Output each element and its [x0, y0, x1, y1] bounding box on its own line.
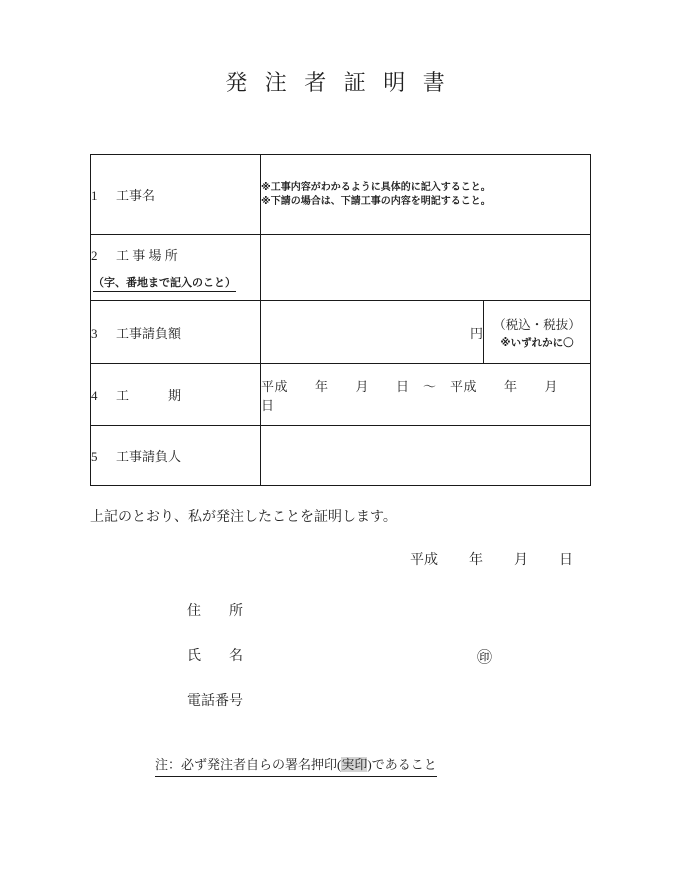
certify-statement: 上記のとおり、私が発注したことを証明します。 [90, 506, 397, 526]
row5-input-cell [261, 426, 591, 486]
table-row: 5工事請負人 [91, 426, 591, 486]
date-month-label: 月 [514, 549, 528, 569]
row3-tax-option: （税込・税抜） [484, 315, 590, 333]
row2-input-cell [261, 235, 591, 301]
row5-label-cell: 5工事請負人 [91, 426, 261, 486]
footer-note-text: 注：必ず発注者自らの署名押印(実印)であること [155, 754, 437, 777]
row2-number: 2 [91, 248, 116, 264]
row4-number: 4 [91, 388, 116, 404]
seal-stamp-icon: ㊞ [477, 646, 492, 667]
table-row: 1工事名 ※工事内容がわかるように具体的に記入すること。 ※下請の場合は、下請工… [91, 155, 591, 235]
row4-label: 工 期 [116, 388, 181, 403]
date-year-label: 年 [469, 549, 483, 569]
date-era-label: 平成 [410, 549, 438, 569]
table-row: 4工 期 平成 年 月 日 ～ 平成 年 月 日 [91, 364, 591, 426]
row3-unit: 円 [470, 326, 483, 341]
row3-tax-note: ※いずれかに〇 [484, 335, 590, 350]
row5-label: 工事請負人 [116, 449, 181, 464]
address-label: 住 所 [187, 600, 243, 620]
phone-label: 電話番号 [187, 690, 243, 710]
footer-note-highlight: 実印 [341, 757, 367, 772]
row3-number: 3 [91, 326, 116, 342]
document-title: 発 注 者 証 明 書 [0, 66, 676, 97]
row4-period-cell: 平成 年 月 日 ～ 平成 年 月 日 [261, 364, 591, 426]
footer-note-prefix: 注：必ず発注者自らの署名押印( [155, 757, 341, 772]
row1-note-2: ※下請の場合は、下請工事の内容を明記すること。 [261, 195, 590, 209]
certify-date-line: 平成 年 月 日 [410, 549, 573, 569]
row3-label: 工事請負額 [116, 326, 181, 341]
row1-number: 1 [91, 188, 116, 204]
document-page: 発 注 者 証 明 書 1工事名 ※工事内容がわかるように具体的に記入すること。… [0, 0, 676, 875]
footer-note: 注：必ず発注者自らの署名押印(実印)であること [155, 754, 437, 777]
order-form-table: 1工事名 ※工事内容がわかるように具体的に記入すること。 ※下請の場合は、下請工… [90, 154, 591, 486]
row3-label-cell: 3工事請負額 [91, 301, 261, 364]
row2-sublabel: （字、番地まで記入のこと） [93, 277, 236, 292]
row2-label-cell: 2工 事 場 所 （字、番地まで記入のこと） [91, 235, 261, 301]
row1-label-cell: 1工事名 [91, 155, 261, 235]
row1-label: 工事名 [116, 188, 155, 203]
row1-input-cell: ※工事内容がわかるように具体的に記入すること。 ※下請の場合は、下請工事の内容を… [261, 155, 591, 235]
row2-label: 工 事 場 所 [116, 248, 178, 263]
table-row: 2工 事 場 所 （字、番地まで記入のこと） [91, 235, 591, 301]
name-label: 氏 名 [187, 645, 243, 665]
row1-note-1: ※工事内容がわかるように具体的に記入すること。 [261, 181, 590, 195]
footer-note-suffix: )であること [367, 757, 436, 772]
row4-period: 平成 年 月 日 ～ 平成 年 月 日 [261, 379, 585, 413]
row3-amount-cell: 円 [261, 301, 484, 364]
date-day-label: 日 [559, 549, 573, 569]
row4-label-cell: 4工 期 [91, 364, 261, 426]
table-row: 3工事請負額 円 （税込・税抜） ※いずれかに〇 [91, 301, 591, 364]
row2-sublabel-wrap: （字、番地まで記入のこと） [91, 274, 260, 290]
row3-tax-cell: （税込・税抜） ※いずれかに〇 [484, 301, 591, 364]
row5-number: 5 [91, 449, 116, 465]
